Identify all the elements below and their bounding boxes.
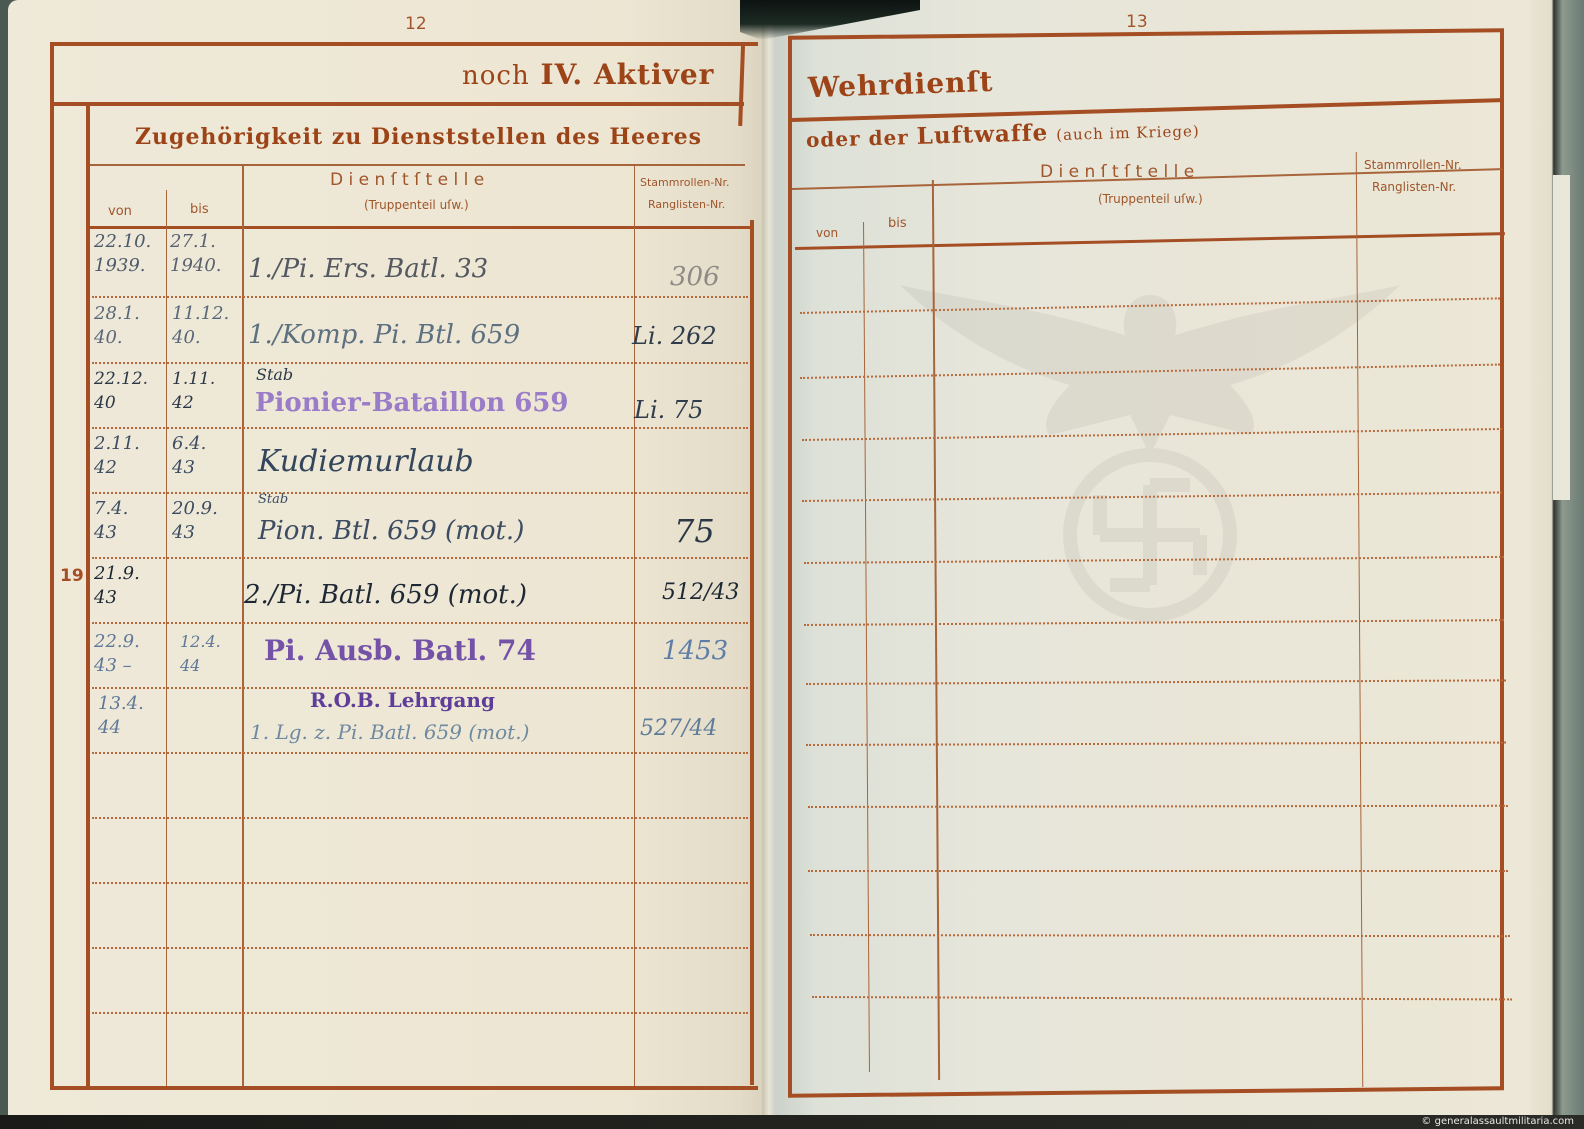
row8-dienststelle: 1. Lg. z. Pi. Batl. 659 (mot.)	[250, 720, 529, 744]
page-number-left: 12	[405, 14, 427, 34]
col-divider-von-bis	[166, 190, 167, 1086]
row-line	[92, 362, 748, 364]
row-line	[92, 427, 748, 429]
right-header-von: von	[816, 226, 838, 240]
subtitle-main: Luftwaffe	[916, 119, 1048, 150]
row2-bis: 11.12. 40.	[172, 302, 229, 350]
row-line	[92, 557, 748, 559]
header-stammrollen: Stammrollen-Nr.	[640, 176, 730, 189]
row6-dienststelle: 2./Pi. Batl. 659 (mot.)	[244, 580, 527, 610]
left-section-title: noch IV. Aktiver	[462, 58, 714, 91]
page-tab	[1552, 175, 1570, 500]
header-bis: bis	[190, 202, 209, 217]
book-spread: 12 noch IV. Aktiver Zugehörigkeit zu Die…	[0, 0, 1584, 1129]
row1-bis: 27.1. 1940.	[170, 230, 222, 278]
right-header-bis: bis	[888, 216, 907, 231]
header-dienststelle-sub: (Truppenteil uſw.)	[364, 198, 469, 212]
right-header-dienststelle-sub: (Truppenteil uſw.)	[1098, 192, 1203, 206]
row7-von: 22.9. 43 –	[94, 630, 140, 678]
header-bottom-line	[90, 226, 750, 229]
subtitle-prefix: oder der	[806, 125, 909, 152]
subtitle-suffix: (auch im Kriege)	[1056, 122, 1200, 144]
row4-bis: 6.4. 43	[172, 432, 206, 480]
row6-nr: 512/43	[662, 580, 739, 605]
row7-stamp: Pi. Ausb. Batl. 74	[264, 634, 536, 667]
page-edge	[1530, 0, 1584, 1129]
book-gutter	[762, 0, 776, 1129]
row1-nr: 306	[670, 262, 720, 292]
row1-von: 22.10. 1939.	[94, 230, 151, 278]
row7-nr: 1453	[662, 636, 728, 666]
row-line	[92, 492, 748, 494]
row3-von: 22.12. 40	[94, 367, 148, 415]
right-header-stammrollen: Stammrollen-Nr.	[1364, 158, 1462, 172]
row5-nr: 75	[674, 512, 715, 550]
header-ranglisten: Ranglisten-Nr.	[648, 198, 725, 211]
row5-bis: 20.9. 43	[172, 497, 218, 545]
right-section-title: Wehrdienſt	[807, 65, 993, 104]
row8-stamp: R.O.B. Lehrgang	[310, 688, 495, 712]
row2-nr: Li. 262	[632, 322, 717, 350]
left-subtitle: Zugehörigkeit zu Dienststellen des Heere…	[135, 124, 702, 150]
margin-column-line	[86, 104, 90, 1086]
right-row-line	[808, 870, 1508, 872]
row2-dienststelle: 1./Komp. Pi. Btl. 659	[248, 320, 520, 350]
row8-nr: 527/44	[640, 716, 717, 741]
right-header-ranglisten: Ranglisten-Nr.	[1372, 180, 1456, 194]
row-line	[92, 817, 748, 819]
row5-von: 7.4. 43	[94, 497, 128, 545]
row-line	[92, 752, 748, 754]
row-line	[92, 622, 748, 624]
title-main: IV. Aktiver	[540, 58, 714, 91]
row-line	[92, 296, 748, 298]
row3-nr: Li. 75	[634, 396, 703, 424]
row4-von: 2.11. 42	[94, 432, 140, 480]
row5-dienststelle: Pion. Btl. 659 (mot.)	[258, 516, 524, 546]
row-line	[92, 882, 748, 884]
row1-dienststelle: 1./Pi. Ers. Batl. 33	[248, 254, 488, 284]
row-line	[92, 1012, 748, 1014]
row5-note: Stab	[258, 492, 288, 507]
row7-bis: 12.4. 44	[180, 630, 221, 678]
margin-number: 19	[60, 566, 84, 586]
header-von: von	[108, 204, 132, 219]
row3-note: Stab	[256, 365, 293, 384]
bottom-edge	[0, 1115, 1584, 1129]
row3-stamp: Pionier-Bataillon 659	[255, 388, 568, 418]
row3-bis: 1.11. 42	[172, 367, 215, 415]
left-frame-right	[750, 220, 754, 1085]
right-header-dienststelle: D i e n ſ t ſ t e l l e	[1040, 162, 1194, 182]
title-prefix: noch	[462, 61, 530, 91]
row6-von: 21.9. 43	[94, 562, 140, 610]
page-number-right: 13	[1126, 12, 1148, 32]
header-top-line	[90, 164, 745, 166]
left-title-divider	[54, 102, 744, 106]
row2-von: 28.1. 40.	[94, 302, 140, 350]
header-dienststelle: D i e n ſ t ſ t e l l e	[330, 170, 484, 190]
row-line	[92, 947, 748, 949]
row4-dienststelle: Kudiemurlaub	[258, 444, 474, 479]
row8-von: 13.4. 44	[98, 692, 144, 740]
copyright-notice: © generalassaultmilitaria.com	[1421, 1116, 1574, 1127]
